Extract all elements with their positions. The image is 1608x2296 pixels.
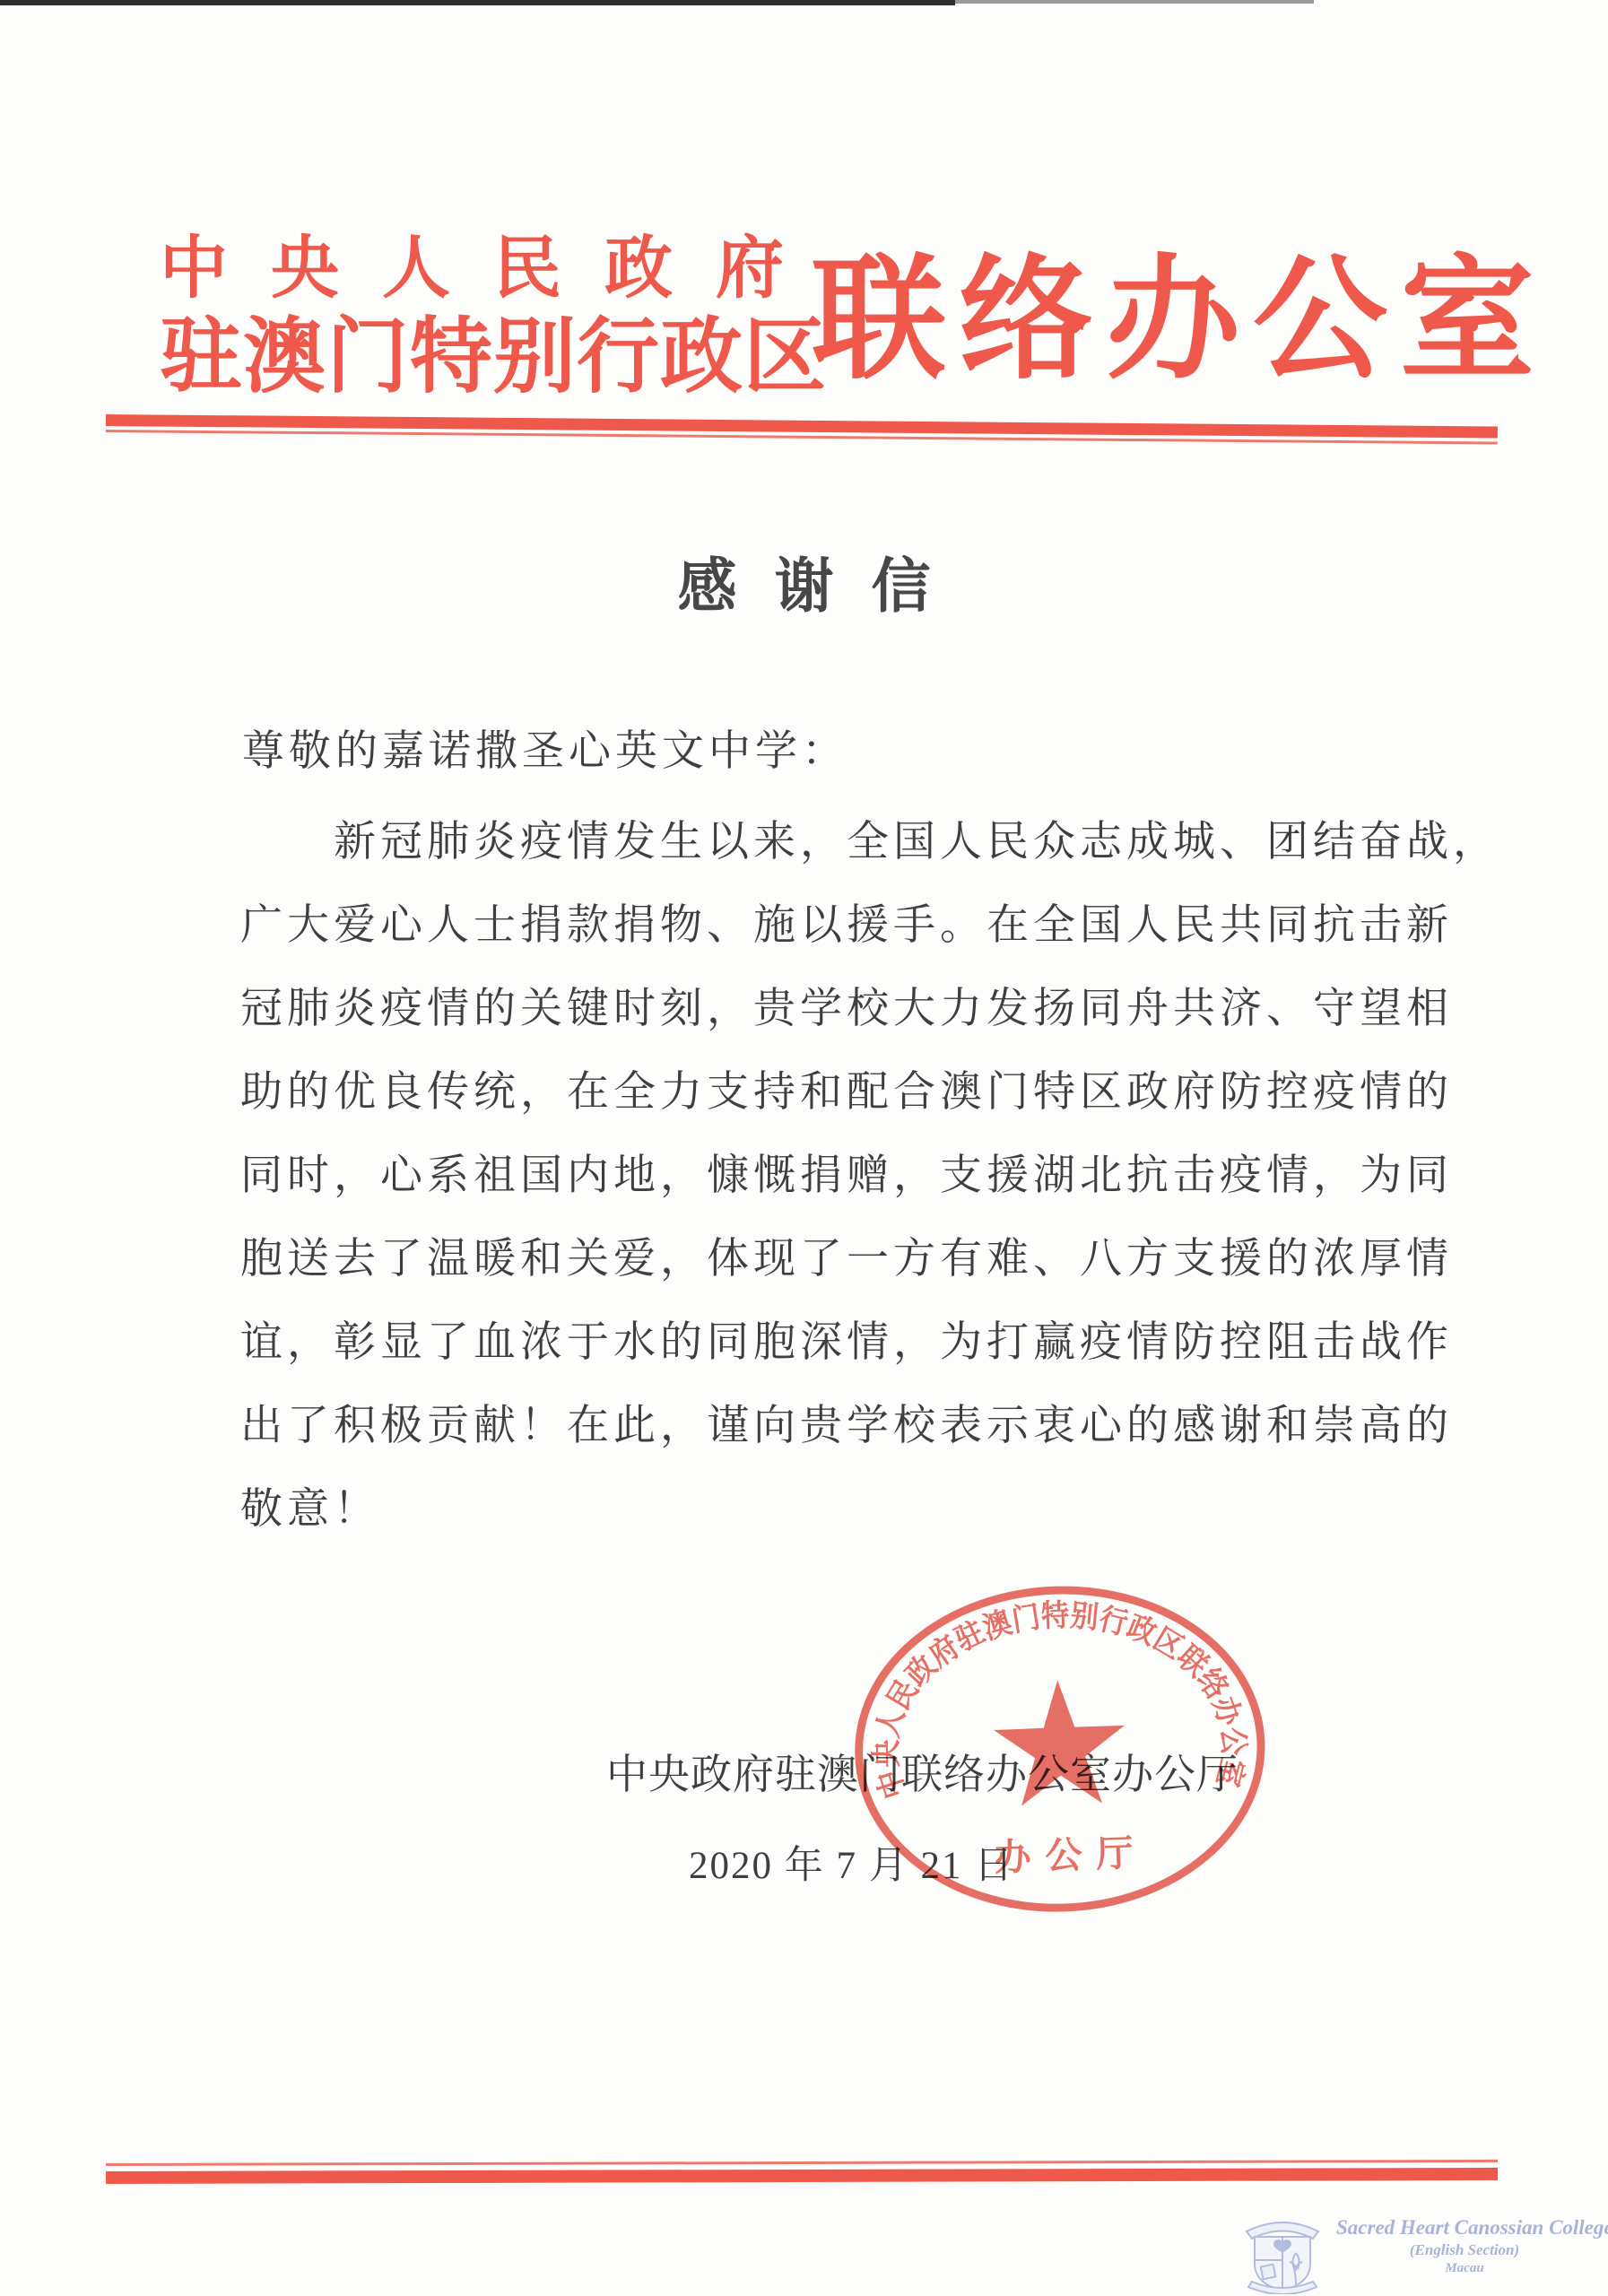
salutation: 尊敬的嘉诺撒圣心英文中学： — [242, 717, 848, 778]
header-rule-thick — [106, 414, 1498, 439]
school-name-block: Sacred Heart Canossian College (English … — [1336, 2215, 1593, 2276]
scanned-letter-page: 中央人民政府 驻澳门特别行政区 联络办公室 感谢信 尊敬的嘉诺撒圣心英文中学： … — [0, 0, 1608, 2296]
body-line: 敬意！ — [240, 1468, 1496, 1552]
scan-artifact-strip — [0, 0, 955, 5]
school-crest-icon — [1238, 2210, 1327, 2294]
letter-body: 新冠肺炎疫情发生以来，全国人民众志成城、团结奋战， 广大爱心人士捐款捐物、施以援… — [240, 801, 1496, 1552]
letterhead-org-line2: 驻澳门特别行政区 — [160, 312, 841, 402]
letterhead-office-name: 联络办公室 — [812, 240, 1547, 402]
body-line: 冠肺炎疫情的关键时刻，贵学校大力发扬同舟共济、守望相 — [240, 968, 1496, 1051]
letterhead-organization: 中央人民政府 驻澳门特别行政区 — [160, 226, 841, 402]
school-section: (English Section) — [1336, 2240, 1593, 2260]
scan-artifact-strip — [955, 0, 1314, 4]
school-name: Sacred Heart Canossian College — [1336, 2215, 1593, 2240]
header-double-rule — [106, 414, 1498, 445]
body-line: 胞送去了温暖和关爱，体现了一方有难、八方支援的浓厚情 — [240, 1218, 1496, 1301]
seal-star-icon — [992, 1678, 1127, 1807]
body-line: 同时，心系祖国内地，慷慨捐赠，支援湖北抗击疫情，为同 — [240, 1135, 1496, 1218]
body-line: 助的优良传统，在全力支持和配合澳门特区政府防控疫情的 — [240, 1051, 1496, 1135]
footer-rule-thin — [106, 2160, 1498, 2166]
letter-title: 感谢信 — [0, 538, 1608, 623]
official-seal: 中央人民政府驻澳门特别行政区联络办公室 办公厅 — [842, 1570, 1277, 1937]
body-line: 出了积极贡献！在此，谨向贵学校表示衷心的感谢和崇高的 — [240, 1385, 1496, 1468]
footer-double-rule — [106, 2160, 1498, 2184]
school-watermark: Sacred Heart Canossian College (English … — [1238, 2208, 1596, 2294]
school-city: Macau — [1336, 2260, 1593, 2276]
body-line: 广大爱心人士捐款捐物、施以援手。在全国人民共同抗击新 — [240, 884, 1496, 968]
footer-rule-thick — [106, 2168, 1498, 2184]
body-line: 新冠肺炎疫情发生以来，全国人民众志成城、团结奋战， — [240, 801, 1496, 884]
seal-banner-text: 办公厅 — [994, 1832, 1149, 1879]
letterhead-org-line1: 中央人民政府 — [160, 226, 841, 312]
body-line: 谊，彰显了血浓于水的同胞深情，为打赢疫情防控阻击战作 — [240, 1301, 1496, 1385]
